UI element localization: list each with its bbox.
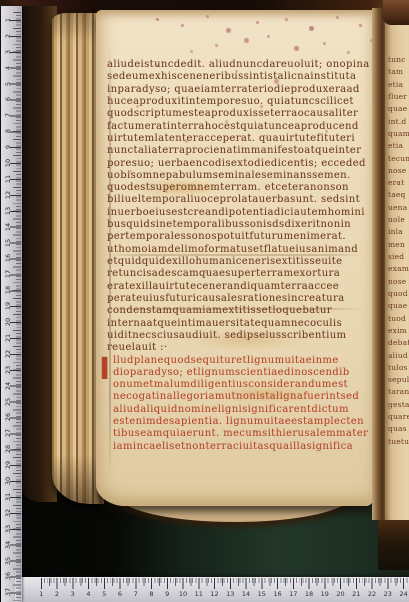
facing-fragment: quam [388, 128, 409, 140]
ruler-number: 24 [4, 380, 12, 392]
facing-fragment: nose [388, 276, 409, 288]
ruler-number: 21 [4, 332, 12, 344]
manuscript-text: aliudeistuncdedit. aliudnuncdareuoluit; … [107, 59, 370, 453]
ruler-number: 30 [4, 475, 12, 487]
ruler-number: 13 [226, 590, 234, 598]
facing-fragment: etia [388, 140, 409, 152]
facing-fragment: debat [388, 337, 409, 349]
ruler-number: 5 [102, 590, 106, 598]
ruler-number: 2 [4, 30, 12, 42]
ruler-number: 10 [4, 157, 12, 169]
manuscript-line: nunctaliaterraprocienatimmanifestoatquei… [107, 145, 370, 157]
facing-fragment: nose [388, 165, 409, 177]
vertical-ruler: 1234567891011121314151617181920212223242… [1, 6, 22, 602]
facing-fragment: quod [388, 288, 409, 300]
facing-fragment: erat [388, 177, 409, 189]
facing-fragment: tunc [388, 54, 409, 66]
manuscript-line: onumetmalumdiligentiusconsiderandumest [107, 379, 370, 391]
ruler-number: 18 [305, 590, 313, 598]
facing-fragment: exim [388, 325, 409, 337]
ruler-number: 8 [149, 590, 153, 598]
ruler-number: 7 [134, 590, 138, 598]
ruler-number: 10 [179, 590, 187, 598]
manuscript-line: retuncisadescamquaesuperterramexortura [107, 268, 370, 280]
manuscript-line: condenstamquamiamextitissetloquebatur [107, 305, 370, 317]
leather-cover-corner [383, 0, 409, 25]
manuscript-line: huceaproduxitintemporesuo. quiatuncscili… [107, 96, 370, 108]
manuscript-line: tibuseamquiaerunt. mecumsithierusalemmat… [107, 428, 370, 440]
manuscript-line: aliudeistuncdedit. aliudnuncdareuoluit; … [107, 59, 370, 71]
manuscript-line: inparadyso; quaeiamterrateriodieproduxer… [107, 84, 370, 96]
facing-fragment: uena [388, 202, 409, 214]
facing-fragment: sepul [388, 374, 409, 386]
ruler-number: 14 [4, 221, 12, 233]
facing-fragment: fluer [388, 91, 409, 103]
ruler-number: 22 [368, 590, 376, 598]
manuscript-line: reuelauit :· [107, 342, 370, 354]
manuscript-line: lludplanequodsequituretlignumuitaeinme [107, 355, 370, 367]
manuscript-page: I aliudeistuncdedit. aliudnuncdareuoluit… [96, 10, 374, 506]
ruler-number: 18 [4, 284, 12, 296]
manuscript-line: quodestsuperomnemterram. etceteranonson [107, 182, 370, 194]
ruler-number: 12 [210, 590, 218, 598]
ruler-number: 12 [4, 189, 12, 201]
ruler-number: 5 [4, 78, 12, 90]
ruler-number: 31 [4, 491, 12, 503]
ruler-number: 34 [4, 539, 12, 551]
manuscript-line: internaatqueintimauersitatequamnecoculis [107, 318, 370, 330]
ruler-number: 24 [399, 590, 407, 598]
ruler-number: 6 [118, 590, 122, 598]
manuscript-line: inuerboeiusestcreandipotentiadiciautemho… [107, 207, 370, 219]
facing-fragment: taran [388, 386, 409, 398]
rubric-initial: I [99, 354, 107, 388]
ruler-number: 3 [4, 46, 12, 58]
manuscript-line: etquidquidexillohumanicenerisextitisseui… [107, 256, 370, 268]
ruler-number: 15 [4, 237, 12, 249]
manuscript-line: necogatinallegoriamutnonistalignafuerint… [107, 391, 370, 403]
ruler-number: 36 [4, 570, 12, 582]
facing-fragment: tecum [388, 153, 409, 165]
manuscript-line: uthomoiamdelimoformatusetflatueiusaniman… [107, 244, 370, 256]
facing-fragment: quae [388, 300, 409, 312]
manuscript-line: poresuo; uerbaencodisextodiedicentis; ec… [107, 158, 370, 170]
ruler-number: 33 [4, 523, 12, 535]
manuscript-line: uiditnecsciusaudiuit. sedipseiusscribent… [107, 330, 370, 342]
ruler-number: 23 [384, 590, 392, 598]
ruler-number: 37 [4, 586, 12, 598]
ruler-number: 4 [4, 62, 12, 74]
manuscript-line: sedeumexhisceneneribussintistalicnainsti… [107, 71, 370, 83]
manuscript-photo: I aliudeistuncdedit. aliudnuncdareuoluit… [0, 0, 409, 602]
ruler-ticks-cm [41, 578, 409, 589]
facing-fragment: gesta [388, 399, 409, 411]
bottom-right-shadow [378, 520, 409, 570]
facing-fragment: uole [388, 214, 409, 226]
ruler-number: 27 [4, 427, 12, 439]
ruler-number: 14 [242, 590, 250, 598]
manuscript-line: busquidsinetemporalibussonisdsdixeritnon… [107, 219, 370, 231]
ruler-number: 15 [258, 590, 266, 598]
facing-fragment: etia [388, 79, 409, 91]
ruler-number: 9 [4, 141, 12, 153]
ruler-number: 19 [4, 300, 12, 312]
facing-fragment: tulos [388, 362, 409, 374]
ruler-number: 4 [86, 590, 90, 598]
ruler-number: 11 [195, 590, 203, 598]
ruler-number: 26 [4, 411, 12, 423]
facing-fragment: quas [388, 423, 409, 435]
facing-fragment: quae [388, 103, 409, 115]
ruler-number: 21 [352, 590, 360, 598]
manuscript-line: uirtutemlatenteracceperat. quauirtutefit… [107, 133, 370, 145]
facing-fragment: inla [388, 226, 409, 238]
ruler-number: 6 [4, 93, 12, 105]
ruler-number: 9 [165, 590, 169, 598]
facing-fragment: tuod [388, 313, 409, 325]
manuscript-line: dioparadyso; etlignumscientiaedinoscendi… [107, 367, 370, 379]
facing-page-text: tunctametiafluerquaeint.dquametiatecumno… [388, 54, 409, 448]
ruler-number: 16 [4, 252, 12, 264]
ruler-number: 35 [4, 555, 12, 567]
ruler-number: 3 [71, 590, 75, 598]
ruler-number: 11 [4, 173, 12, 185]
manuscript-line: estenimdesapientia. lignumuitaeestamplec… [107, 416, 370, 428]
ruler-number: 7 [4, 109, 12, 121]
manuscript-line: perateuiusfuturicausalesrationesincreatu… [107, 293, 370, 305]
ruler-number: 2 [55, 590, 59, 598]
ruler-number: 17 [289, 590, 297, 598]
facing-fragment: quare [388, 411, 409, 423]
facing-fragment: tuetur [388, 436, 409, 448]
manuscript-line: quodscriptumesteaproduxisseterraocausali… [107, 108, 370, 120]
facing-fragment: men [388, 239, 409, 251]
facing-fragment: taeq [388, 189, 409, 201]
ruler-number: 19 [321, 590, 329, 598]
ruler-number: 25 [4, 396, 12, 408]
ruler-number: 8 [4, 125, 12, 137]
ruler-number: 28 [4, 443, 12, 455]
facing-fragment: sied [388, 251, 409, 263]
ruler-number: 22 [4, 348, 12, 360]
facing-fragment: exam [388, 263, 409, 275]
manuscript-line: uobisomnepabulumseminaleseminanssemen. [107, 170, 370, 182]
ruler-number: 1 [4, 14, 12, 26]
facing-fragment: tam [388, 66, 409, 78]
manuscript-line: iamincaelisetnonterraciuitasquaillasigni… [107, 441, 370, 453]
ruler-number: 29 [4, 459, 12, 471]
ruler-number: 17 [4, 268, 12, 280]
ruler-number: 1 [39, 590, 43, 598]
ruler-number: 23 [4, 364, 12, 376]
manuscript-line: pertemporalessonospotuitfuturumenimerat. [107, 231, 370, 243]
facing-page-edge: tunctametiafluerquaeint.dquametiatecumno… [385, 6, 409, 530]
facing-fragment: int.d [388, 116, 409, 128]
manuscript-line: biliueltemporaliuoceprolatauerbasunt. se… [107, 194, 370, 206]
ruler-number: 32 [4, 507, 12, 519]
facing-fragment: aliud [388, 350, 409, 362]
ruler-number: 20 [4, 316, 12, 328]
horizontal-ruler: 123456789101112131415161718192021222324 [15, 577, 409, 602]
manuscript-line: eratexillauirtutecenerandiquamterraaccee [107, 281, 370, 293]
ruler-number: 16 [273, 590, 281, 598]
ruler-number: 13 [4, 205, 12, 217]
manuscript-line: aliudaliquidnominelignisignificarentdict… [107, 404, 370, 416]
manuscript-line: factumeratinterrahocestquiatunceaproduce… [107, 121, 370, 133]
ruler-number: 20 [336, 590, 344, 598]
